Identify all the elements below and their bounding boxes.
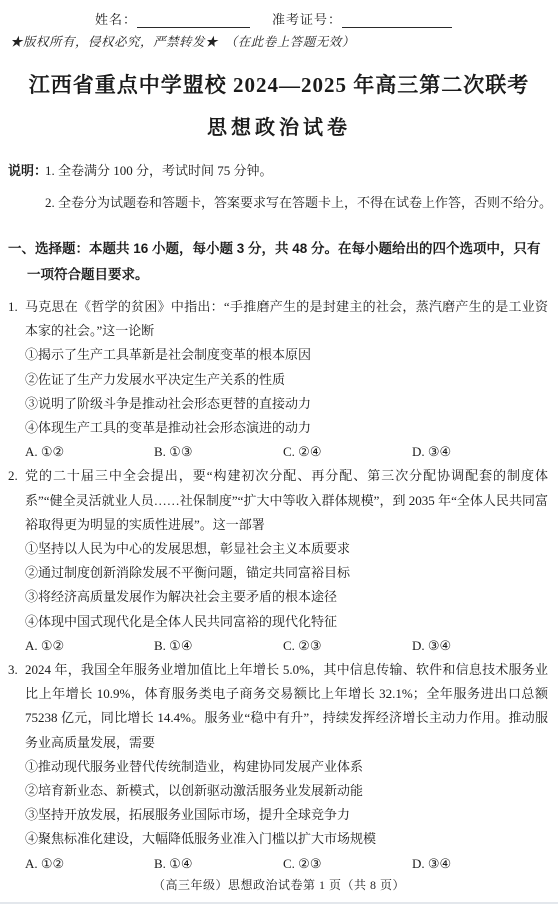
section-heading: 一、选择题：本题共 16 小题，每小题 3 分，共 48 分。在每小题给出的四个…	[27, 236, 550, 287]
question-3-option-a: A. ①②	[25, 852, 154, 876]
question-1-statement-1: ①揭示了生产工具革新是社会制度变革的根本原因	[25, 343, 548, 367]
question-1-statement-4: ④体现生产工具的变革是推动社会形态演进的动力	[25, 416, 548, 440]
question-3-number: 3.	[8, 658, 18, 682]
question-3-statement-4: ④聚焦标准化建设，大幅降低服务业准入门槛以扩大市场规模	[25, 827, 548, 851]
question-2-option-d: D. ③④	[412, 634, 451, 658]
question-2-option-b: B. ①④	[154, 634, 283, 658]
question-2-statement-2: ②通过制度创新消除发展不平衡问题，锚定共同富裕目标	[25, 561, 548, 585]
question-1-options-row: A. ①② B. ①③ C. ②④ D. ③④	[25, 440, 548, 464]
candidate-info-row: 姓名：准考证号：	[0, 0, 558, 28]
question-1: 1. 马克思在《哲学的贫困》中指出：“手推磨产生的是封建主的社会，蒸汽磨产生的是…	[0, 295, 558, 464]
question-2-statement-3: ③将经济高质量发展作为解决社会主要矛盾的根本途径	[25, 585, 548, 609]
question-2-options-row: A. ①② B. ①④ C. ②③ D. ③④	[25, 634, 548, 658]
question-2: 2. 党的二十届三中全会提出，要“构建初次分配、再分配、第三次分配协调配套的制度…	[0, 464, 558, 658]
instructions-label: 说明：	[8, 159, 47, 183]
question-1-option-b: B. ①③	[154, 440, 283, 464]
question-1-option-c: C. ②④	[283, 440, 412, 464]
ticket-blank	[342, 14, 452, 28]
subject-title: 思想政治试卷	[0, 114, 558, 142]
question-2-statement-4: ④体现中国式现代化是全体人民共同富裕的现代化特征	[25, 610, 548, 634]
name-blank	[137, 14, 250, 28]
question-1-option-d: D. ③④	[412, 440, 451, 464]
question-2-option-a: A. ①②	[25, 634, 154, 658]
question-list: 1. 马克思在《哲学的贫困》中指出：“手推磨产生的是封建主的社会，蒸汽磨产生的是…	[0, 295, 558, 876]
copyright-notice: ★版权所有，侵权必究，严禁转发★ （在此卷上答题无效）	[0, 32, 558, 50]
question-3: 3. 2024 年，我国全年服务业增加值比上年增长 5.0%，其中信息传输、软件…	[0, 658, 558, 876]
question-3-statement-1: ①推动现代服务业替代传统制造业，构建协同发展产业体系	[25, 755, 548, 779]
ticket-label: 准考证号：	[272, 12, 342, 27]
question-3-options-row: A. ①② B. ①④ C. ②③ D. ③④	[25, 852, 548, 876]
question-3-statement-3: ③坚持开放发展，拓展服务业国际市场，提升全球竞争力	[25, 803, 548, 827]
question-3-option-c: C. ②③	[283, 852, 412, 876]
question-3-stem: 2024 年，我国全年服务业增加值比上年增长 5.0%，其中信息传输、软件和信息…	[25, 658, 548, 755]
question-2-number: 2.	[8, 464, 18, 488]
name-label: 姓名：	[95, 12, 137, 27]
instruction-item-1: 1. 全卷满分 100 分，考试时间 75 分钟。	[45, 163, 273, 178]
question-1-statement-3: ③说明了阶级斗争是推动社会形态更替的直接动力	[25, 392, 548, 416]
instructions-block: 说明： 1. 全卷满分 100 分，考试时间 75 分钟。 2. 全卷分为试题卷…	[0, 159, 558, 215]
question-3-statement-2: ②培育新业态、新模式，以创新驱动激活服务业发展新动能	[25, 779, 548, 803]
instruction-item-2: 2. 全卷分为试题卷和答题卡，答案要求写在答题卡上，不得在试卷上作答，否则不给分…	[0, 191, 558, 215]
question-2-option-c: C. ②③	[283, 634, 412, 658]
question-2-statement-1: ①坚持以人民为中心的发展思想，彰显社会主义本质要求	[25, 537, 548, 561]
instruction-item-1-row: 说明： 1. 全卷满分 100 分，考试时间 75 分钟。	[0, 159, 558, 183]
question-3-option-d: D. ③④	[412, 852, 451, 876]
question-1-statement-2: ②佐证了生产力发展水平决定生产关系的性质	[25, 368, 548, 392]
question-1-stem: 马克思在《哲学的贫困》中指出：“手推磨产生的是封建主的社会，蒸汽磨产生的是工业资…	[25, 295, 548, 343]
page-footer: （高三年级）思想政治试卷第 1 页（共 8 页）	[0, 876, 558, 893]
question-1-number: 1.	[8, 295, 18, 319]
exam-paper-page: 姓名：准考证号： ★版权所有，侵权必究，严禁转发★ （在此卷上答题无效） 江西省…	[0, 0, 558, 904]
question-1-option-a: A. ①②	[25, 440, 154, 464]
question-2-stem: 党的二十届三中全会提出，要“构建初次分配、再分配、第三次分配协调配套的制度体系”…	[25, 464, 548, 537]
exam-title: 江西省重点中学盟校 2024—2025 年高三第二次联考	[0, 71, 558, 99]
question-3-option-b: B. ①④	[154, 852, 283, 876]
